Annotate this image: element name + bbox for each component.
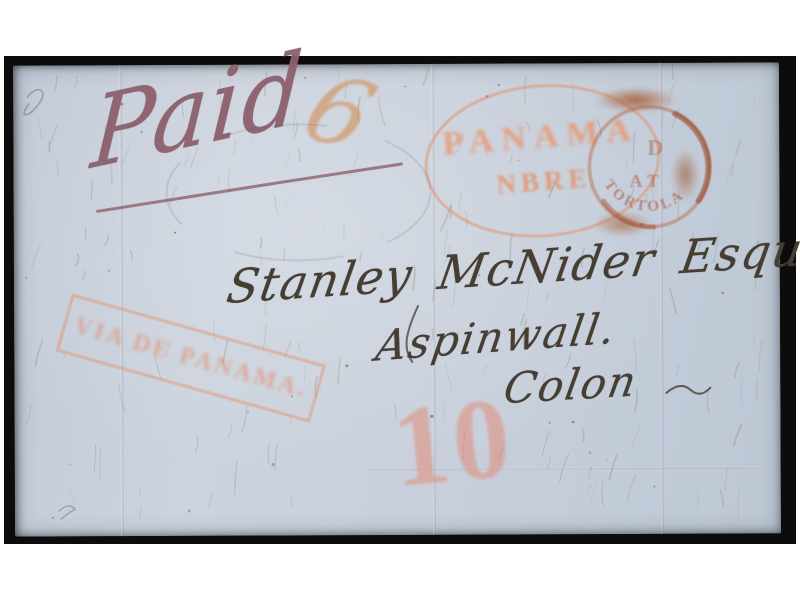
address-line-3: Colon <box>500 356 642 413</box>
circle-stamp-fragment-mid: AT <box>629 171 665 191</box>
crayon-rate-manuscript: 6 <box>292 62 387 165</box>
cover-photograph: PANAMA NBRE D AT TORTOLA VIA DE PANAMA. … <box>4 56 796 544</box>
folded-letter-paper: PANAMA NBRE D AT TORTOLA VIA DE PANAMA. … <box>13 62 781 536</box>
rate-numeral-handstamp: 10 <box>388 381 518 506</box>
pencil-squiggle <box>24 90 43 115</box>
colon-flourish <box>666 386 710 394</box>
pencil-squiggle <box>59 506 75 520</box>
circle-stamp-fragment-top: D <box>647 135 663 160</box>
auction-lot-photo-page: { "manuscript": { "paid": "Paid", "crayo… <box>0 0 800 599</box>
oval-handstamp-line2: NBRE <box>495 163 592 201</box>
ink-blotch <box>671 149 699 201</box>
paid-manuscript: Paid <box>88 34 308 190</box>
boxed-route-handstamp-text: VIA DE PANAMA. <box>71 312 310 403</box>
boxed-route-handstamp: VIA DE PANAMA. <box>56 293 326 422</box>
